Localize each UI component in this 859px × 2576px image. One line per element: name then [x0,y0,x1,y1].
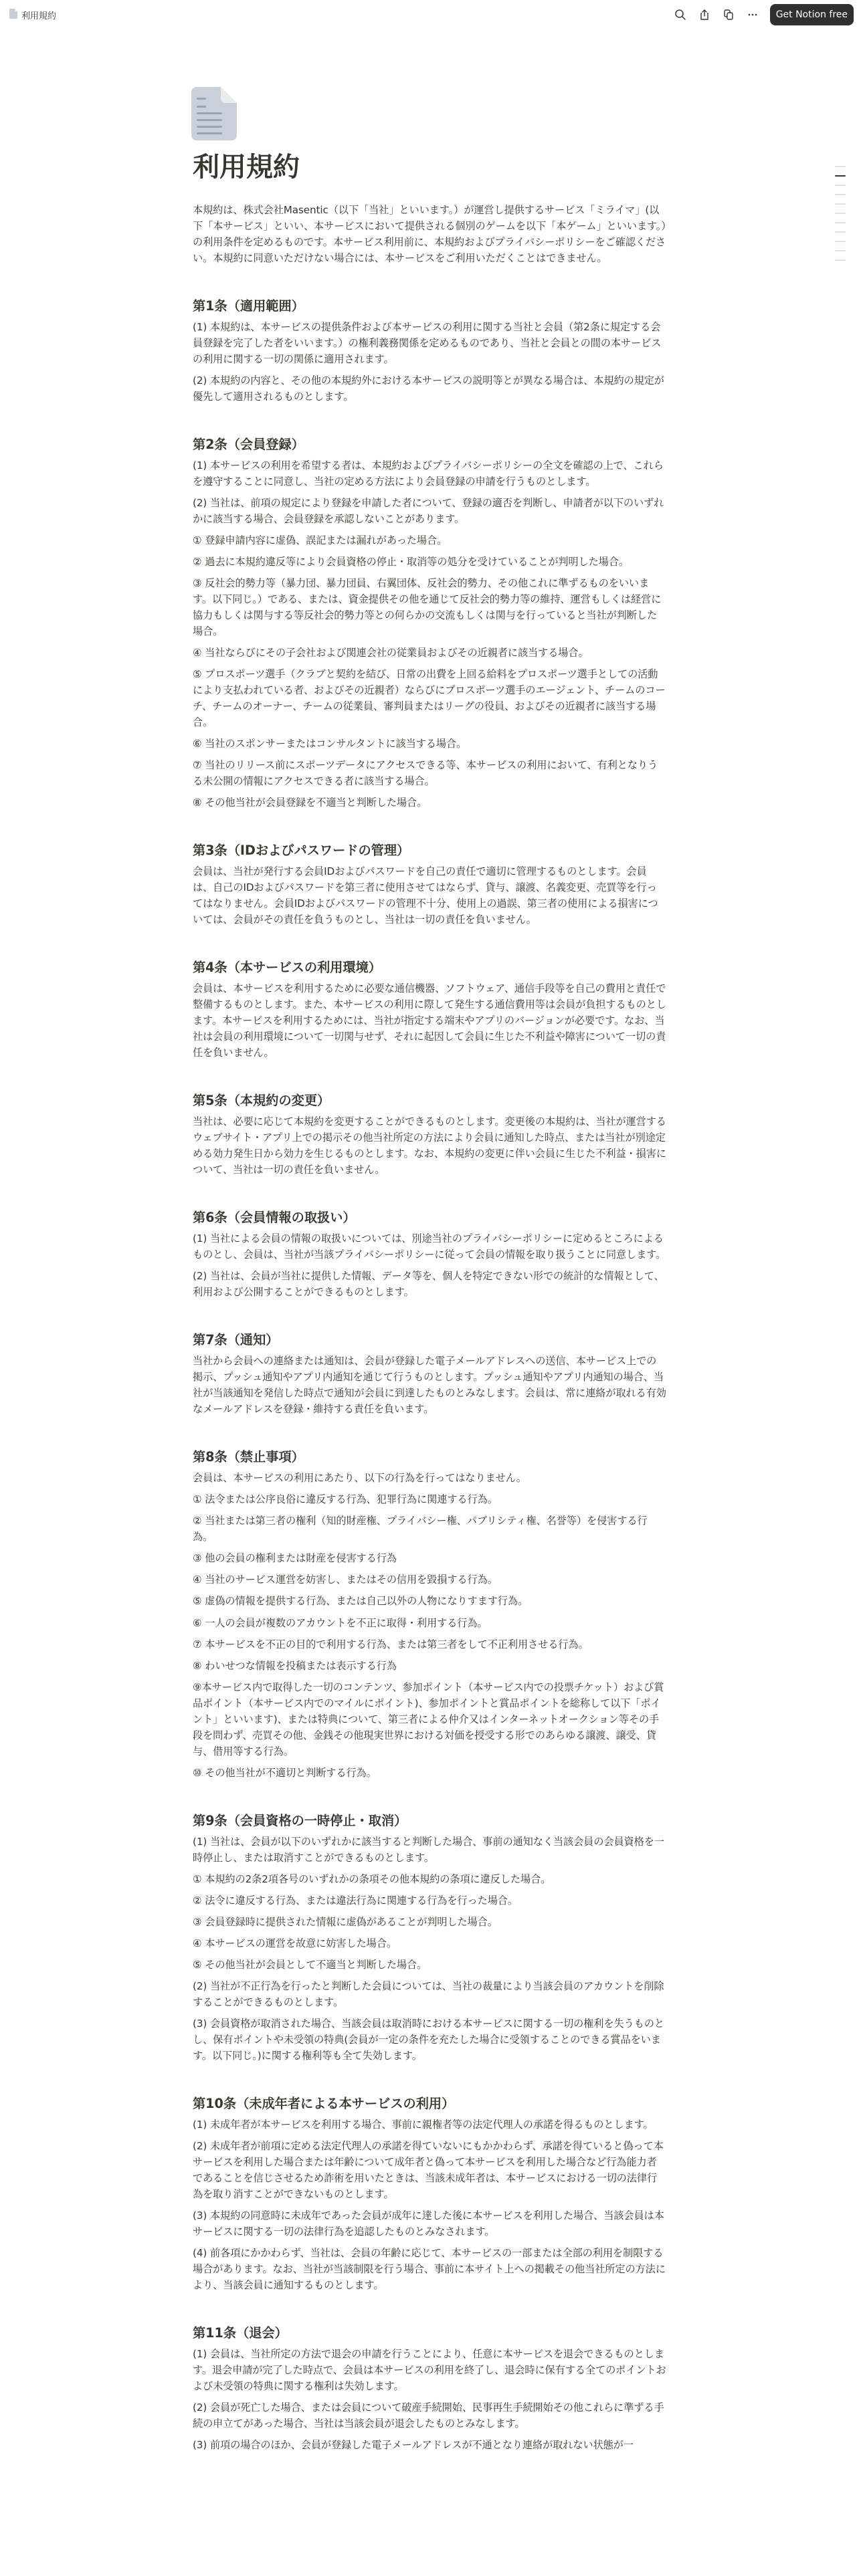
duplicate-button[interactable] [718,5,739,24]
toc-item[interactable] [835,185,846,186]
article-10: 第10条（未成年者による本サービスの利用）(1) 未成年者が本サービスを利用する… [193,2096,666,2293]
article-paragraph: ⑦ 本サービスを不正の目的で利用する行為、または第三者をして不正利用させる行為。 [193,1636,666,1652]
share-button[interactable] [694,5,715,24]
articles: 第1条（適用範囲）(1) 本規約は、本サービスの提供条件および本サービスの利用に… [193,298,666,2453]
article-paragraph: 会員は、本サービスを利用するために必要な通信機器、ソフトウェア、通信手段等を自己… [193,980,666,1061]
article-paragraph: (3) 本規約の同意時に未成年であった会員が成年に達した後に本サービスを利用した… [193,2208,666,2240]
breadcrumb-title: 利用規約 [21,9,56,21]
toc-item[interactable] [835,231,846,233]
article-paragraph: ⑥ 当社のスポンサーまたはコンサルタントに該当する場合。 [193,736,666,752]
toc-item[interactable] [835,259,846,261]
article-paragraph: ⑧ その他当社が会員登録を不適当と判断した場合。 [193,794,666,811]
article-3: 第3条（IDおよびパスワードの管理）会員は、当社が発行する会員IDおよびパスワー… [193,843,666,928]
article-heading: 第7条（通知） [193,1332,666,1349]
article-paragraph: ⑤ その他当社が会員として不適当と判断した場合。 [193,1957,666,1973]
article-paragraph: (2) 未成年者が前項に定める法定代理人の承諾を得ていないにもかかわらず、承諾を… [193,2138,666,2202]
article-paragraph: ④ 当社のサービス運営を妨害し、またはその信用を毀損する行為。 [193,1572,666,1588]
article-paragraph: 当社から会員への連絡または通知は、会員が登録した電子メールアドレスへの送信、本サ… [193,1353,666,1417]
search-icon [674,9,686,21]
page-icon-small [9,9,17,21]
article-paragraph: 会員は、本サービスの利用にあたり、以下の行為を行ってはなりません。 [193,1470,666,1486]
article-paragraph: (2) 当社が不正行為を行ったと判断した会員については、当社の裁量により当該会員… [193,1978,666,2010]
top-actions: Get Notion free [670,4,854,25]
toc-item[interactable] [835,222,846,223]
article-heading: 第3条（IDおよびパスワードの管理） [193,843,666,859]
article-heading: 第9条（会員資格の一時停止・取消） [193,1813,666,1830]
search-button[interactable] [670,5,691,24]
article-paragraph: ⑤ 虚偽の情報を提供する行為、または自己以外の人物になりすます行為。 [193,1593,666,1609]
article-heading: 第8条（禁止事項） [193,1449,666,1466]
article-paragraph: (4) 前各項にかかわらず、当社は、会員の年齢に応じて、本サービスの一部または全… [193,2245,666,2293]
article-1: 第1条（適用範囲）(1) 本規約は、本サービスの提供条件および本サービスの利用に… [193,298,666,405]
article-8: 第8条（禁止事項）会員は、本サービスの利用にあたり、以下の行為を行ってはなりませ… [193,1449,666,1780]
toc-item[interactable] [835,213,846,214]
article-paragraph: ① 法令または公序良俗に違反する行為、犯罪行為に関連する行為。 [193,1491,666,1507]
article-heading: 第11条（退会） [193,2325,666,2342]
article-paragraph: (3) 前項の場合のほか、会員が登録した電子メールアドレスが不通となり連絡が取れ… [193,2437,666,2453]
article-heading: 第2条（会員登録） [193,437,666,453]
article-paragraph: (1) 未成年者が本サービスを利用する場合、事前に親権者等の法定代理人の承諾を得… [193,2117,666,2133]
article-paragraph: ② 当社または第三者の権利（知的財産権、プライバシー権、パブリシティ権、名誉等）… [193,1513,666,1545]
article-paragraph: ④ 本サービスの運営を故意に妨害した場合。 [193,1935,666,1951]
article-5: 第5条（本規約の変更）当社は、必要に応じて本規約を変更することができるものとしま… [193,1093,666,1178]
toc-item[interactable] [835,166,846,167]
article-paragraph: ① 本規約の2条2項各号のいずれかの条項その他本規約の条項に違反した場合。 [193,1871,666,1887]
article-6: 第6条（会員情報の取扱い）(1) 当社による会員の情報の取扱いについては、別途当… [193,1210,666,1300]
toc-item[interactable] [835,241,846,242]
more-icon [747,9,759,21]
article-paragraph: (2) 当社は、前項の規定により登録を申請した者について、登録の適否を判断し、申… [193,495,666,527]
article-paragraph: (3) 会員資格が取消された場合、当該会員は取消時における本サービスに関する一切… [193,2016,666,2064]
article-paragraph: (2) 当社は、会員が当社に提供した情報、データ等を、個人を特定できない形での統… [193,1268,666,1300]
article-11: 第11条（退会）(1) 会員は、当社所定の方法で退会の申請を行うことにより、任意… [193,2325,666,2453]
top-bar: 利用規約 Get Notion free [0,0,859,29]
article-heading: 第1条（適用範囲） [193,298,666,315]
article-heading: 第5条（本規約の変更） [193,1093,666,1109]
article-paragraph: (1) 当社による会員の情報の取扱いについては、別途当社のプライバシーポリシーに… [193,1230,666,1263]
article-paragraph: ② 過去に本規約違反等により会員資格の停止・取消等の処分を受けていることが判明し… [193,554,666,570]
article-paragraph: ⑨本サービス内で取得した一切のコンテンツ、参加ポイント（本サービス内での投票チケ… [193,1679,666,1759]
article-paragraph: 会員は、当社が発行する会員IDおよびパスワードを自己の責任で適切に管理するものと… [193,863,666,928]
article-paragraph: ③ 反社会的勢力等（暴力団、暴力団員、右翼団体、反社会的勢力、その他これに準ずる… [193,575,666,639]
article-heading: 第4条（本サービスの利用環境） [193,960,666,976]
article-paragraph: (1) 会員は、当社所定の方法で退会の申請を行うことにより、任意に本サービスを退… [193,2346,666,2394]
article-paragraph: ⑧ わいせつな情報を投稿または表示する行為 [193,1658,666,1674]
article-paragraph: (1) 本規約は、本サービスの提供条件および本サービスの利用に関する当社と会員（… [193,319,666,367]
article-paragraph: ① 登録申請内容に虚偽、誤記または漏れがあった場合。 [193,532,666,548]
article-paragraph: ⑥ 一人の会員が複数のアカウントを不正に取得・利用する行為。 [193,1615,666,1631]
article-paragraph: ③ 他の会員の権利または財産を侵害する行為 [193,1550,666,1566]
share-icon [698,9,710,21]
toc-item[interactable] [835,194,846,195]
article-4: 第4条（本サービスの利用環境）会員は、本サービスを利用するために必要な通信機器、… [193,960,666,1061]
duplicate-icon [723,9,735,21]
article-paragraph: (2) 会員が死亡した場合、または会員について破産手続開始、民事再生手続開始その… [193,2399,666,2432]
get-notion-free-button[interactable]: Get Notion free [770,4,854,25]
article-paragraph: ⑦ 当社のリリース前にスポーツデータにアクセスできる等、本サービスの利用において… [193,757,666,789]
article-paragraph: (1) 当社は、会員が以下のいずれかに該当すると判断した場合、事前の通知なく当該… [193,1834,666,1866]
page-content: 利用規約 本規約は、株式会社Masentic（以下「当社」といいます。）が運営し… [193,87,666,2458]
article-paragraph: ② 法令に違反する行為、または違法行為に関連する行為を行った場合。 [193,1893,666,1909]
document-icon [191,87,244,139]
toc-item[interactable] [835,175,846,177]
article-paragraph: ⑤ プロスポーツ選手（クラブと契約を結び、日常の出費を上回る給料をプロスポーツ選… [193,666,666,730]
article-9: 第9条（会員資格の一時停止・取消）(1) 当社は、会員が以下のいずれかに該当する… [193,1813,666,2064]
article-paragraph: ③ 会員登録時に提供された情報に虚偽があることが判明した場合。 [193,1914,666,1930]
article-heading: 第10条（未成年者による本サービスの利用） [193,2096,666,2113]
article-2: 第2条（会員登録）(1) 本サービスの利用を希望する者は、本規約およびプライバシ… [193,437,666,811]
article-paragraph: 当社は、必要に応じて本規約を変更することができるものとします。変更後の本規約は、… [193,1113,666,1178]
more-button[interactable] [742,5,763,24]
breadcrumb[interactable]: 利用規約 [7,5,59,24]
article-paragraph: (1) 本サービスの利用を希望する者は、本規約およびプライバシーポリシーの全文を… [193,457,666,490]
page-title: 利用規約 [193,151,666,183]
article-7: 第7条（通知）当社から会員への連絡または通知は、会員が登録した電子メールアドレス… [193,1332,666,1417]
article-paragraph: (2) 本規約の内容と、その他の本規約外における本サービスの説明等とが異なる場合… [193,372,666,405]
intro-paragraph: 本規約は、株式会社Masentic（以下「当社」といいます。）が運営し提供するサ… [193,202,666,266]
toc-item[interactable] [835,250,846,251]
article-paragraph: ⑩ その他当社が不適切と判断する行為。 [193,1765,666,1781]
toc-item[interactable] [835,203,846,205]
article-heading: 第6条（会員情報の取扱い） [193,1210,666,1226]
table-of-contents [835,166,846,261]
article-paragraph: ④ 当社ならびにその子会社および関連会社の従業員およびその近親者に該当する場合。 [193,645,666,661]
